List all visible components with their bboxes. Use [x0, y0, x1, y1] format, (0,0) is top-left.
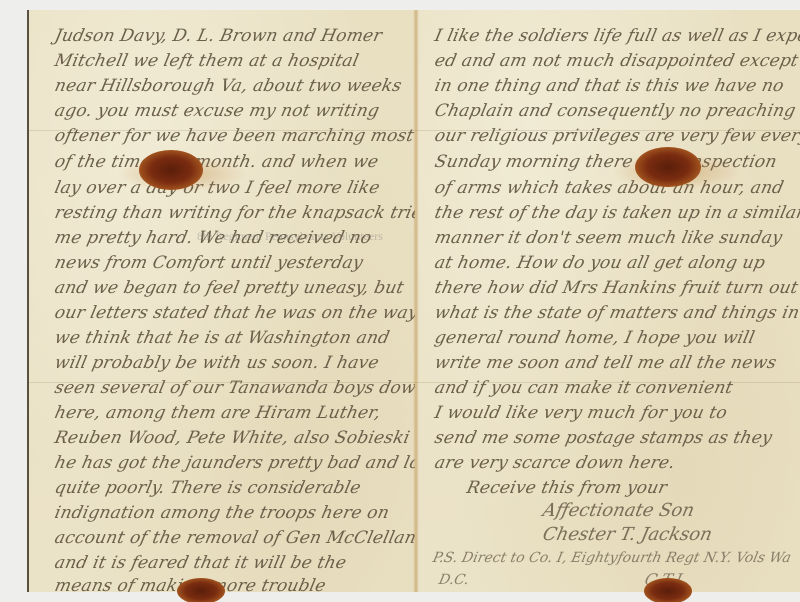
text-line: indignation among the troops here on: [53, 503, 391, 523]
text-line: our religious privileges are very few ev…: [433, 126, 800, 146]
text-line: ago. you must excuse my not writing: [53, 101, 381, 121]
text-line: and we began to feel pretty uneasy, but: [53, 278, 406, 298]
text-line: our letters stated that he was on the wa…: [53, 303, 415, 323]
postscript: D.C.: [437, 572, 470, 588]
text-line: near Hillsborough Va, about two weeks: [53, 76, 404, 96]
text-line: and if you can make it convenient: [433, 378, 735, 398]
rust-stain: [644, 578, 692, 602]
text-line: he has got the jaunders pretty bad and l…: [53, 453, 415, 473]
left-page: 8th Regiment Pennsylvania Volunteers Jud…: [27, 10, 415, 592]
text-line: Judson Davy, D. L. Brown and Homer: [53, 26, 384, 46]
rust-stain: [177, 578, 225, 602]
text-line: in one thing and that is this we have no: [433, 76, 786, 96]
text-line: here, among them are Hiram Luther,: [53, 403, 383, 423]
right-page: I like the soldiers life full as well as…: [415, 10, 800, 592]
text-line: at home. How do you all get along up: [433, 253, 767, 273]
text-line: the rest of the day is taken up in a sim…: [433, 203, 800, 223]
text-line: news from Comfort until yesterday: [53, 253, 365, 273]
letter-spread: 8th Regiment Pennsylvania Volunteers Jud…: [27, 10, 800, 592]
text-line: Reuben Wood, Pete White, also Sobieski T…: [53, 428, 415, 448]
signature: Chester T. Jackson: [541, 524, 714, 545]
text-line: send me some postage stamps as they: [433, 428, 774, 448]
text-line: write me soon and tell me all the news: [433, 353, 778, 373]
text-line: quite poorly. There is considerable: [53, 478, 363, 498]
text-line: what is the state of matters and things …: [433, 303, 800, 323]
left-page-text: Judson Davy, D. L. Brown and Homer Mitch…: [29, 10, 415, 592]
text-line: will probably be with us soon. I have: [53, 353, 381, 373]
text-line: I like the soldiers life full as well as…: [433, 26, 800, 46]
text-line: I would like very much for you to: [433, 403, 729, 423]
text-line: Chaplain and consequently no preaching a…: [433, 101, 800, 121]
postscript: P.S. Direct to Co. I, Eightyfourth Regt …: [431, 550, 792, 566]
text-line: account of the removal of Gen McClellan: [53, 528, 415, 548]
rust-stain: [139, 150, 203, 190]
rust-stain: [635, 147, 701, 187]
text-line: manner it don't seem much like sunday: [433, 228, 784, 248]
text-line: we think that he is at Washington and: [53, 328, 392, 348]
text-line: oftener for we have been marching most: [53, 126, 415, 146]
text-line: seen several of our Tanawanda boys down: [53, 378, 415, 398]
text-line: Mitchell we left them at a hospital: [53, 51, 361, 71]
text-line: there how did Mrs Hankins fruit turn out…: [433, 278, 800, 298]
text-line: Receive this from your: [465, 478, 669, 498]
center-fold: [413, 10, 419, 592]
text-line: and it is feared that it will be the: [53, 553, 348, 573]
text-line: me pretty hard. We had received no: [53, 228, 374, 248]
text-line: resting than writing for the knapsack tr…: [53, 203, 415, 223]
text-line: ed and am not much disappointed except: [433, 51, 800, 71]
text-line: general round home, I hope you will: [433, 328, 757, 348]
text-line: are very scarce down here.: [433, 453, 677, 473]
closing: Affectionate Son: [541, 500, 696, 521]
